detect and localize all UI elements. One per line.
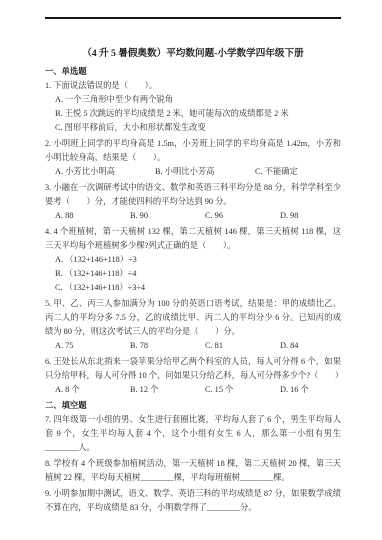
- question-text: 8. 学校有 4 个班级参加植树活动，第一天植树 18 棵，第二天植树 20 棵…: [45, 457, 341, 485]
- question-6: 6. 王处长从东北捎来一袋苹果分给甲乙两个科室的人员，每人可分得 6 个，如果只…: [45, 355, 341, 397]
- options-row: A. 8 个 B. 12 个 C. 15 个 D. 16 个: [45, 383, 341, 397]
- question-text: 6. 王处长从东北捎来一袋苹果分给甲乙两个科室的人员，每人可分得 6 个，如果只…: [45, 355, 341, 383]
- option-a: A. 8 个: [55, 383, 130, 397]
- option-d: D. 98: [280, 209, 341, 223]
- option-b: B. 小明比小芳高: [155, 165, 255, 179]
- question-text: 7. 四年级第一小组的男、女生进行套圈比赛，平均每人套了 6 个，男生平均每人套…: [45, 413, 341, 455]
- question-text: 4. 4 个班植树，第一天植树 132 棵，第二天植树 146 棵，第三天植树 …: [45, 225, 341, 253]
- question-2: 2. 小明班上同学的平均身高是 1.5m，小芳班上同学的平均身高是 1.42m，…: [45, 137, 341, 179]
- question-text: 3. 小融在一次调研考试中的语文、数学和英语三科平均分是 88 分，科学学科至少…: [45, 181, 341, 209]
- options-list: A. （132+146+118）÷3 B. （132+146+118）÷4 C.…: [45, 253, 341, 295]
- option-b: B. 王悦 5 次跳远的平均成绩是 2 米，她可能每次的成绩都是 2 米: [45, 107, 341, 121]
- question-4: 4. 4 个班植树，第一天植树 132 棵，第二天植树 146 棵，第三天植树 …: [45, 225, 341, 295]
- option-b: B. （132+146+118）÷4: [45, 267, 341, 281]
- question-5: 5. 甲、乙、丙三人参加满分为 100 分的英语口语考试，结果是：甲的成绩比乙、…: [45, 297, 341, 353]
- option-a: A. 一个三角形中至少有两个锐角: [45, 93, 341, 107]
- option-c: C. 15 个: [205, 383, 280, 397]
- question-3: 3. 小融在一次调研考试中的语文、数学和英语三科平均分是 88 分，科学学科至少…: [45, 181, 341, 223]
- option-d: D. 84: [280, 339, 341, 353]
- doc-title: （4 升 5 暑假奥数）平均数问题-小学数学四年级下册: [45, 47, 341, 61]
- option-c: C. 81: [205, 339, 280, 353]
- header-rule: [45, 17, 341, 19]
- options-list: A. 一个三角形中至少有两个锐角 B. 王悦 5 次跳远的平均成绩是 2 米，她…: [45, 93, 341, 135]
- option-c: C. 图形平移前后，大小和形状都发生改变: [45, 121, 341, 135]
- question-9: 9. 小明参加期中测试，语文、数学、英语三科的平均成绩是 87 分，如果数学成绩…: [45, 487, 341, 515]
- section-heading-fill-blank: 二、填空题: [45, 399, 341, 413]
- option-a: A. （132+146+118）÷3: [45, 253, 341, 267]
- option-c: C. （132+146+118）÷3÷4: [45, 281, 341, 295]
- options-row: A. 75 B. 78 C. 81 D. 84: [45, 339, 341, 353]
- option-b: B. 12 个: [130, 383, 205, 397]
- option-b: B. 78: [130, 339, 205, 353]
- option-c: C. 96: [205, 209, 280, 223]
- option-d: D. 16 个: [280, 383, 341, 397]
- option-c: C. 不能确定: [255, 165, 341, 179]
- question-text: 1. 下面说法错误的是（ ）。: [45, 79, 341, 93]
- question-1: 1. 下面说法错误的是（ ）。 A. 一个三角形中至少有两个锐角 B. 王悦 5…: [45, 79, 341, 135]
- option-b: B. 90: [130, 209, 205, 223]
- worksheet-content: （4 升 5 暑假奥数）平均数问题-小学数学四年级下册 一、单选题 1. 下面说…: [0, 0, 382, 515]
- question-text: 5. 甲、乙、丙三人参加满分为 100 分的英语口语考试，结果是：甲的成绩比乙、…: [45, 297, 341, 339]
- section-heading-single-choice: 一、单选题: [45, 65, 341, 79]
- options-row: A. 小芳比小明高 B. 小明比小芳高 C. 不能确定: [45, 165, 341, 179]
- option-a: A. 75: [55, 339, 130, 353]
- option-a: A. 88: [55, 209, 130, 223]
- option-a: A. 小芳比小明高: [55, 165, 155, 179]
- worksheet-page: （4 升 5 暑假奥数）平均数问题-小学数学四年级下册 一、单选题 1. 下面说…: [0, 0, 382, 540]
- question-text: 2. 小明班上同学的平均身高是 1.5m，小芳班上同学的平均身高是 1.42m，…: [45, 137, 341, 165]
- question-text: 9. 小明参加期中测试，语文、数学、英语三科的平均成绩是 87 分，如果数学成绩…: [45, 487, 341, 515]
- question-8: 8. 学校有 4 个班级参加植树活动，第一天植树 18 棵，第二天植树 20 棵…: [45, 457, 341, 485]
- question-7: 7. 四年级第一小组的男、女生进行套圈比赛，平均每人套了 6 个，男生平均每人套…: [45, 413, 341, 455]
- options-row: A. 88 B. 90 C. 96 D. 98: [45, 209, 341, 223]
